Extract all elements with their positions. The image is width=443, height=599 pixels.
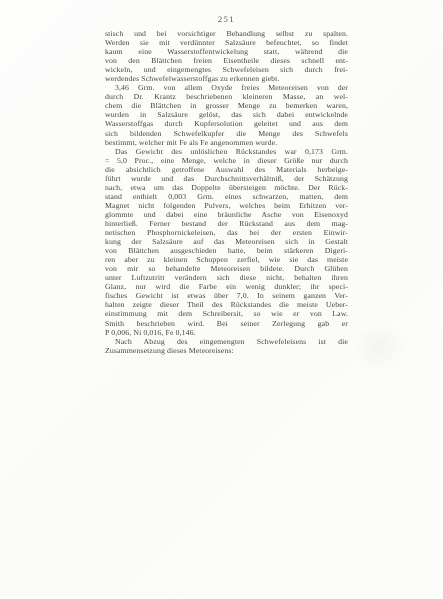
text-line: einstimmung mit dem Schreibersit, so wie…: [105, 309, 348, 318]
text-line: P 0,006, Ni 0,016, Fe 0,146.: [105, 328, 348, 337]
text-line: stand enthielt 0,003 Grm. eines schwarze…: [105, 192, 348, 201]
text-line: ren aber zu kleinen Schuppen zerfiel, wi…: [105, 255, 348, 264]
text-line: die absichtlich getroffene Auswahl des M…: [105, 165, 348, 174]
text-line: Nach Abzug des eingemengten Schwefeleise…: [105, 337, 348, 346]
text-line: wurden in Salzsäure gelöst, das sich dab…: [105, 110, 348, 119]
text-line: Smith beschrieben wird. Bei seiner Zerle…: [105, 319, 348, 328]
text-line: nach, etwa um das Doppelte übersteigen m…: [105, 183, 348, 192]
text-line: 3,46 Grm. von allem Oxyde freies Meteore…: [105, 83, 348, 92]
text-line: Magnet nicht folgenden Pulvers, welches …: [105, 201, 348, 210]
text-line: Wasserstoffgas durch Kupfersolution gele…: [105, 119, 348, 128]
text-line: glommte und dabei eine bräunliche Asche …: [105, 210, 348, 219]
text-line: wickeln, und eingemengtes Schwefeleisen …: [105, 65, 348, 74]
page-number: 251: [105, 14, 348, 24]
text-line: unter Luftzutritt verändern sich diese n…: [105, 273, 348, 282]
text-line: sich bildenden Schwefelkupfer die Menge …: [105, 129, 348, 138]
text-line: von Blättchen ausgeschieden hatte, beim …: [105, 246, 348, 255]
text-line: bestimmt, welcher mit Fe als Fe angenomm…: [105, 138, 348, 147]
page-text: stisch und bei vorsichtiger Behandlung s…: [105, 29, 348, 355]
text-line: Werden sie mit verdünnter Salzsäure befe…: [105, 38, 348, 47]
text-line: halten zeigte dieser Theil des Rückstand…: [105, 300, 348, 309]
text-line: netischen Phosphornickeleisen, das bei d…: [105, 228, 348, 237]
text-line: Zusammensetzung dieses Meteoreisens:: [105, 346, 348, 355]
text-line: hinterließ. Ferner bestand der Rückstand…: [105, 219, 348, 228]
text-line: Das Gewicht des unlöslichen Rückstandes …: [105, 147, 348, 156]
text-line: von den Blättchen freien Eisentheile die…: [105, 56, 348, 65]
text-line: = 5,0 Proc., eine Menge, welche in diese…: [105, 156, 348, 165]
text-line: durch Dr. Krantz beschriebenen kleineren…: [105, 92, 348, 101]
text-line: fisches Gewicht ist etwas über 7,0. In s…: [105, 291, 348, 300]
text-line: von mir so behandelte Meteoreisen bildet…: [105, 264, 348, 273]
text-line: werdendes Schwefelwasserstoffgas zu erke…: [105, 74, 348, 83]
text-line: führt wurde und das Durchschnittsverhält…: [105, 174, 348, 183]
scanned-book-page: 251 stisch und bei vorsichtiger Behandlu…: [0, 0, 443, 599]
text-line: chem die Blättchen in grosser Menge zu b…: [105, 101, 348, 110]
text-line: kung der Salzsäure auf das Meteoreisen s…: [105, 237, 348, 246]
text-line: kaum eine Wasserstoffentwickelung statt,…: [105, 47, 348, 56]
text-line: stisch und bei vorsichtiger Behandlung s…: [105, 29, 348, 38]
text-line: Glanz, nur wird die Farbe ein wenig dunk…: [105, 282, 348, 291]
